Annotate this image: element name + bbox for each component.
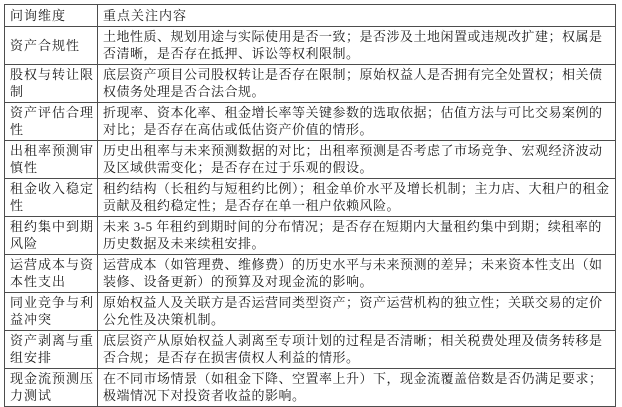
content-cell: 土地性质、规划用途与实际使用是否一致；是否涉及土地闲置或违规改扩建；权属是否清晰… xyxy=(98,27,616,65)
inquiry-focus-table: 问询维度 重点关注内容 资产合规性 土地性质、规划用途与实际使用是否一致；是否涉… xyxy=(4,4,616,407)
table-header-row: 问询维度 重点关注内容 xyxy=(5,5,616,27)
dimension-cell: 出租率预测审慎性 xyxy=(5,141,98,179)
dimension-cell: 租约集中到期风险 xyxy=(5,217,98,255)
table-row: 资产评估合理性 折现率、资本化率、租金增长率等关键参数的选取依据；估值方法与可比… xyxy=(5,103,616,141)
content-cell: 历史出租率与未来预测数据的对比；出租率预测是否考虑了市场竞争、宏观经济波动及区域… xyxy=(98,141,616,179)
dimension-cell: 股权与转让限制 xyxy=(5,65,98,103)
content-cell: 运营成本（如管理费、维修费）的历史水平与未来预测的差异；未来资本性支出（如装修、… xyxy=(98,255,616,293)
header-inquiry-dimension: 问询维度 xyxy=(5,5,98,27)
dimension-cell: 资产合规性 xyxy=(5,27,98,65)
table-row: 出租率预测审慎性 历史出租率与未来预测数据的对比；出租率预测是否考虑了市场竞争、… xyxy=(5,141,616,179)
dimension-cell: 资产剥离与重组安排 xyxy=(5,331,98,369)
dimension-cell: 租金收入稳定性 xyxy=(5,179,98,217)
table-row: 股权与转让限制 底层资产项目公司股权转让是否存在限制；原始权益人是否拥有完全处置… xyxy=(5,65,616,103)
table-row: 资产剥离与重组安排 底层资产从原始权益人剥离至专项计划的过程是否清晰；相关税费处… xyxy=(5,331,616,369)
content-cell: 未来 3-5 年租约到期时间的分布情况；是否存在短期内大量租约集中到期；续租率的… xyxy=(98,217,616,255)
content-cell: 底层资产项目公司股权转让是否存在限制；原始权益人是否拥有完全处置权；相关债权债务… xyxy=(98,65,616,103)
dimension-cell: 同业竞争与利益冲突 xyxy=(5,293,98,331)
table-row: 运营成本与资本性支出 运营成本（如管理费、维修费）的历史水平与未来预测的差异；未… xyxy=(5,255,616,293)
table-row: 租金收入稳定性 租约结构（长租约与短租约比例）；租金单价水平及增长机制；主力店、… xyxy=(5,179,616,217)
content-cell: 租约结构（长租约与短租约比例）；租金单价水平及增长机制；主力店、大租户的租金贡献… xyxy=(98,179,616,217)
dimension-cell: 资产评估合理性 xyxy=(5,103,98,141)
dimension-cell: 运营成本与资本性支出 xyxy=(5,255,98,293)
document-page: 问询维度 重点关注内容 资产合规性 土地性质、规划用途与实际使用是否一致；是否涉… xyxy=(0,0,622,407)
dimension-cell: 现金流预测压力测试 xyxy=(5,369,98,407)
content-cell: 底层资产从原始权益人剥离至专项计划的过程是否清晰；相关税费处理及债务转移是否合规… xyxy=(98,331,616,369)
table-row: 租约集中到期风险 未来 3-5 年租约到期时间的分布情况；是否存在短期内大量租约… xyxy=(5,217,616,255)
header-key-focus-content: 重点关注内容 xyxy=(98,5,616,27)
table-row: 现金流预测压力测试 在不同市场情景（如租金下降、空置率上升）下，现金流覆盖倍数是… xyxy=(5,369,616,407)
content-cell: 在不同市场情景（如租金下降、空置率上升）下，现金流覆盖倍数是否仍满足要求；极端情… xyxy=(98,369,616,407)
table-row: 同业竞争与利益冲突 原始权益人及关联方是否运营同类型资产；资产运营机构的独立性；… xyxy=(5,293,616,331)
content-cell: 折现率、资本化率、租金增长率等关键参数的选取依据；估值方法与可比交易案例的对比；… xyxy=(98,103,616,141)
content-cell: 原始权益人及关联方是否运营同类型资产；资产运营机构的独立性；关联交易的定价公允性… xyxy=(98,293,616,331)
table-row: 资产合规性 土地性质、规划用途与实际使用是否一致；是否涉及土地闲置或违规改扩建；… xyxy=(5,27,616,65)
